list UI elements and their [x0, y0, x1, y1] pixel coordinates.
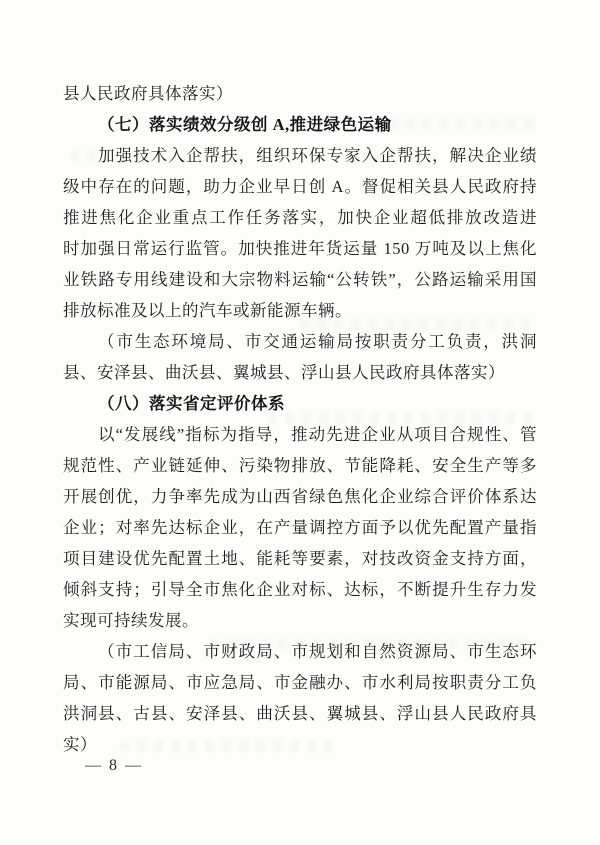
text-line: 排放标准及以上的汽车或新能源车辆。	[63, 295, 537, 326]
text-line: 规范性、产业链延伸、污染物排放、节能降耗、安全生产等多个维度	[63, 450, 537, 481]
text-line: 洪洞县、古县、安泽县、曲沃县、翼城县、浮山县人民政府具体落	[63, 698, 537, 729]
text-line: 县、安泽县、曲沃县、翼城县、浮山县人民政府具体落实）	[63, 357, 537, 388]
text-line: 县人民政府具体落实）	[63, 78, 537, 109]
page-number: — 8 —	[85, 755, 143, 777]
text-line: 以“发展线”指标为指导，推动先进企业从项目合规性、管理	[63, 419, 537, 450]
document-body: 县人民政府具体落实）（七）落实绩效分级创 A,推进绿色运输加强技术入企帮扶，组织…	[63, 78, 537, 760]
section-heading: （七）落实绩效分级创 A,推进绿色运输	[63, 109, 537, 140]
text-line: 实现可持续发展。	[63, 605, 537, 636]
text-line: 业铁路专用线建设和大宗物料运输“公转铁”，公路运输采用国六	[63, 264, 537, 295]
text-line: 时加强日常运行监管。加快推进年货运量 150 万吨及以上焦化企	[63, 233, 537, 264]
text-line: 局、市能源局、市应急局、市金融办、市水利局按职责分工负责，	[63, 667, 537, 698]
section-heading: （八）落实省定评价体系	[63, 388, 537, 419]
text-line: 级中存在的问题，助力企业早日创 A。督促相关县人民政府持续	[63, 171, 537, 202]
text-line: 倾斜支持；引导全市焦化企业对标、达标，不断提升生存力发展力，	[63, 574, 537, 605]
text-line: 加强技术入企帮扶，组织环保专家入企帮扶，解决企业绩效分	[63, 140, 537, 171]
text-line: （市工信局、市财政局、市规划和自然资源局、市生态环境	[63, 636, 537, 667]
text-line: 推进焦化企业重点工作任务落实，加快企业超低排放改造进度，同	[63, 202, 537, 233]
text-line: 开展创优，力争率先成为山西省绿色焦化企业综合评价体系达标	[63, 481, 537, 512]
text-line: 企业；对率先达标企业，在产量调控方面予以优先配置产量指标，	[63, 512, 537, 543]
document-page: 县人民政府具体落实）（七）落实绩效分级创 A,推进绿色运输加强技术入企帮扶，组织…	[0, 0, 600, 845]
text-line: 项目建设优先配置土地、能耗等要素，对技改资金支持方面，予以	[63, 543, 537, 574]
text-line: （市生态环境局、市交通运输局按职责分工负责，洪洞县、古	[63, 326, 537, 357]
